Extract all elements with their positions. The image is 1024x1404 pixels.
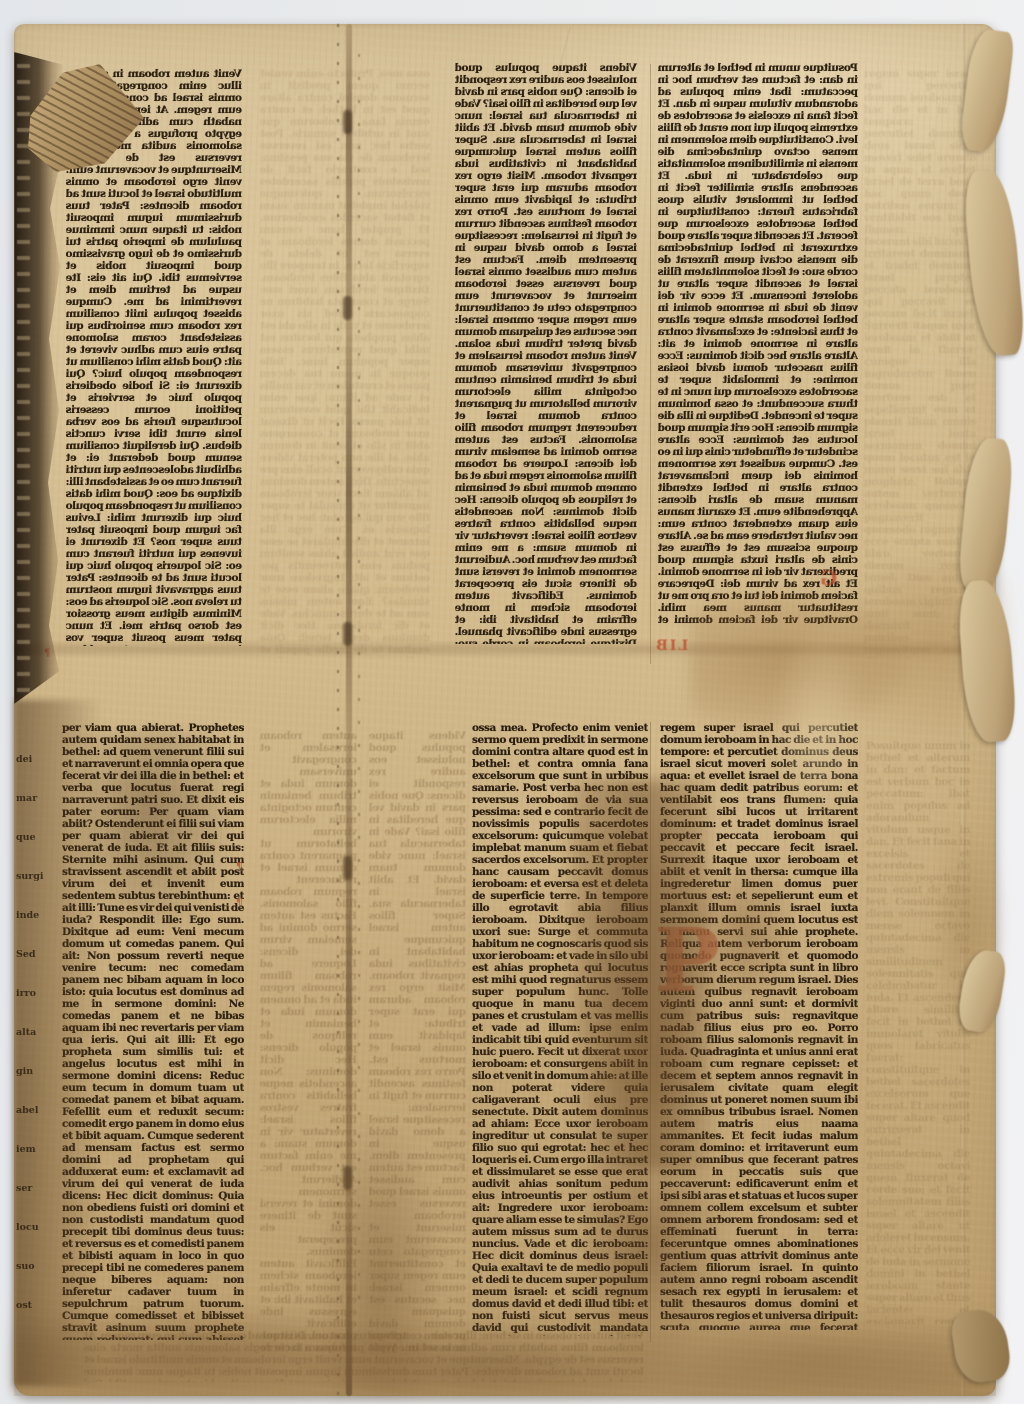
- showthrough-bottom-right-margin: Posuitque unum in bethel et alterum in d…: [866, 740, 970, 1324]
- text-column-top-right: Posuitque unum in bethel et alterum in d…: [658, 62, 858, 624]
- pilcrow-mark: ¶: [236, 896, 243, 909]
- column-rule-bottom: [650, 722, 651, 1342]
- showthrough-top-right-margin: regem super israel qui percutiet domum i…: [864, 68, 976, 658]
- text-column-top-middle: Videns itaque populus quod noluisset eos…: [455, 62, 637, 644]
- showthrough-top-gutter: ossa mea. Profecto enim veniet sermo que…: [260, 68, 430, 658]
- edge-tatter: [959, 28, 1016, 154]
- text-column-bottom-left: per viam qua abierat. Prophetes autem qu…: [62, 722, 244, 1340]
- rubric-lib-mark: LIB: [654, 638, 688, 654]
- column-rule-top: [650, 64, 651, 664]
- photo-backdrop: { "meta": { "subject": "Photograph of a …: [0, 0, 1024, 1404]
- manuscript-leaf: ossa mea. Profecto enim veniet sermo que…: [14, 24, 996, 1396]
- showthrough-bottom-gutter: Videns itaque populus quod noluisset eos…: [260, 730, 466, 1354]
- left-edge-text-fragments-bottom: dei mar que surgi inde Sed irro alta gin…: [16, 740, 50, 1340]
- pilcrow-mark: ¶: [44, 648, 50, 659]
- text-column-bottom-right: regem super israel qui percutiet domum i…: [660, 722, 858, 1330]
- pilcrow-mark: ¶: [236, 860, 243, 873]
- edge-tatter-corner: [949, 1307, 1012, 1386]
- text-column-bottom-middle: ossa mea. Profecto enim veniet sermo que…: [472, 722, 648, 1336]
- edge-tatter: [956, 578, 1017, 743]
- rubric-paraph-mark: G: [820, 566, 837, 590]
- left-edge-text-fragments-top: [17, 64, 30, 694]
